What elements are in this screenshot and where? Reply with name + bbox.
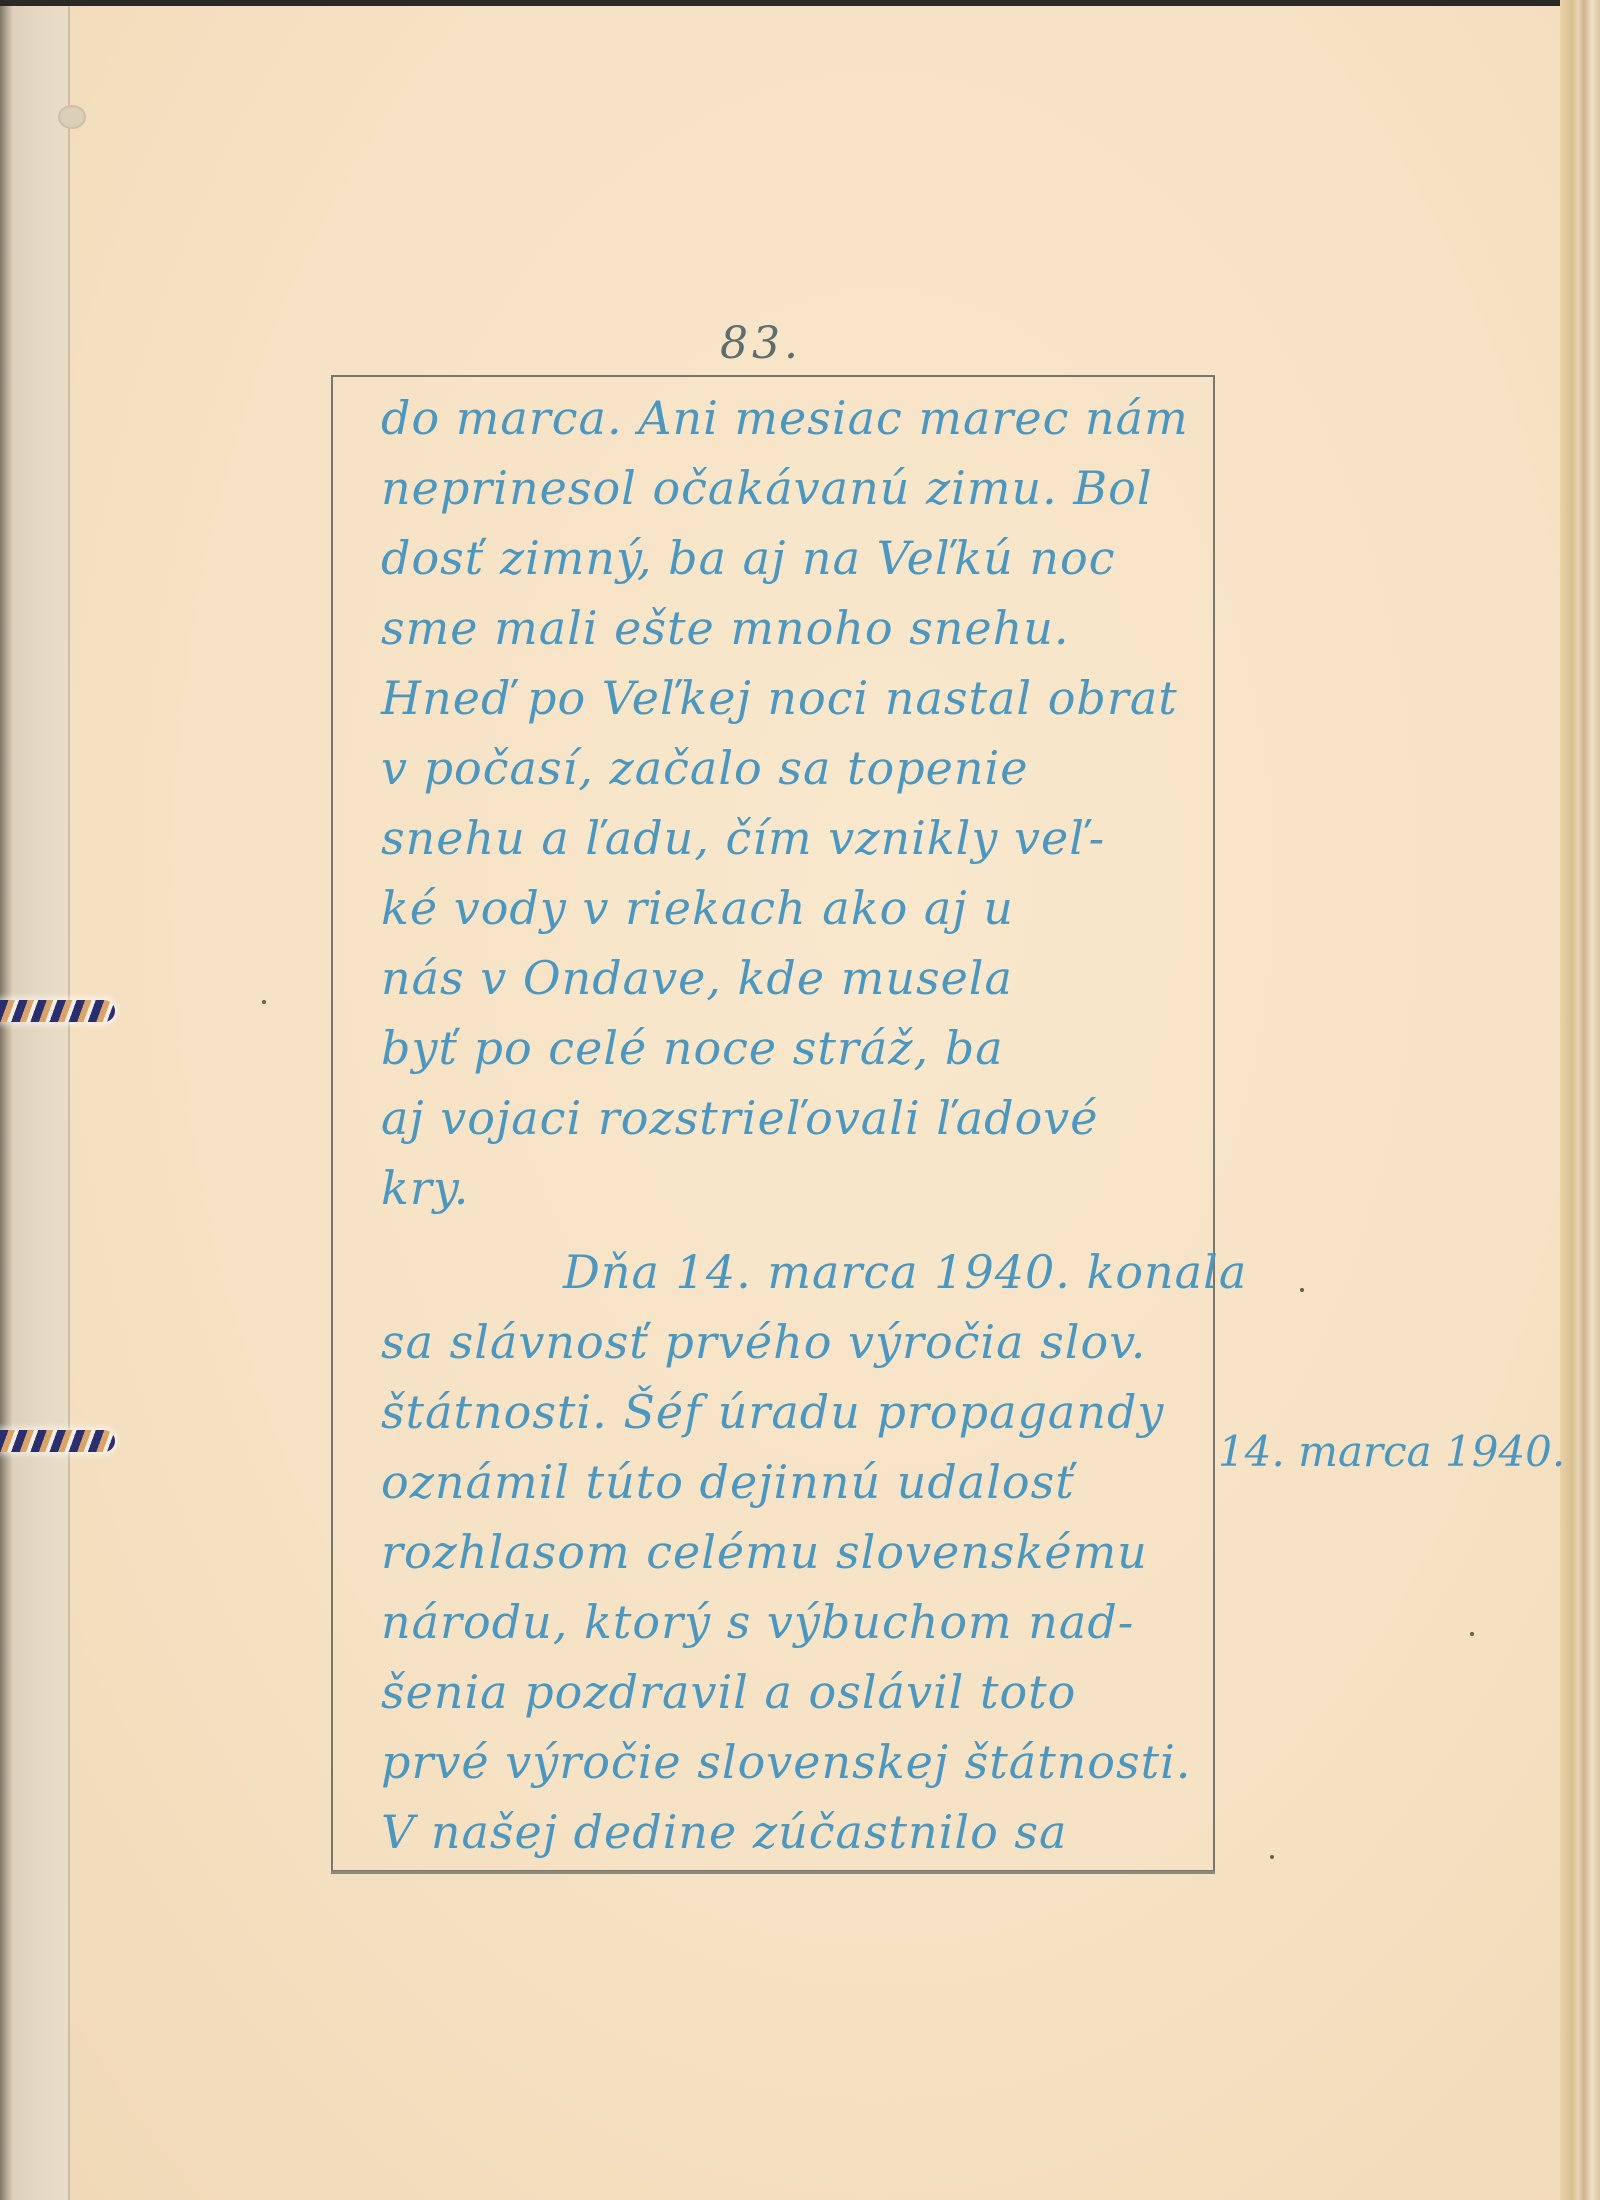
text-line: v počasí, začalo sa topenie xyxy=(381,741,1028,795)
text-line: národu, ktorý s výbuchom nad- xyxy=(381,1595,1134,1649)
binding-stitch-icon xyxy=(0,1000,115,1022)
text-line: nás v Ondave, kde musela xyxy=(381,951,1013,1005)
text-line: snehu a ľadu, čím vznikly veľ- xyxy=(381,811,1105,865)
text-line: kry. xyxy=(381,1161,469,1215)
text-line: prvé výročie slovenskej štátnosti. xyxy=(381,1735,1191,1789)
text-line: neprinesol očakávanú zimu. Bol xyxy=(381,461,1153,515)
scan-top-edge xyxy=(0,0,1600,6)
punch-hole-icon xyxy=(58,105,86,129)
text-line: V našej dedine zúčastnilo sa xyxy=(381,1805,1067,1859)
margin-date-note: 14. marca 1940. xyxy=(1218,1427,1565,1476)
text-line: štátnosti. Šéf úradu propagandy xyxy=(381,1385,1164,1439)
paragraph-start-line: Dňa 14. marca 1940. konala xyxy=(563,1245,1247,1299)
text-line: rozhlasom celému slovenskému xyxy=(381,1525,1148,1579)
text-line: Hneď po Veľkej noci nastal obrat xyxy=(381,671,1178,725)
text-line: sa slávnosť prvého výročia slov. xyxy=(381,1315,1146,1369)
text-line: ké vody v riekach ako aj u xyxy=(381,881,1014,935)
paper-speck xyxy=(1470,1632,1474,1636)
binding-stitch-icon xyxy=(0,1430,115,1452)
binding-gutter xyxy=(12,6,70,2200)
text-line: sme mali ešte mnoho snehu. xyxy=(381,601,1070,655)
text-line: oznámil túto dejinnú udalosť xyxy=(381,1455,1075,1509)
stacked-page-edges xyxy=(1560,0,1600,2200)
binding-spine-shadow xyxy=(0,6,12,2200)
text-line: šenia pozdravil a oslávil toto xyxy=(381,1665,1076,1719)
paper-speck xyxy=(262,1000,266,1004)
text-line: do marca. Ani mesiac marec nám xyxy=(381,391,1189,445)
paper-speck xyxy=(1300,1288,1304,1292)
text-frame: do marca. Ani mesiac marec nám neprineso… xyxy=(331,375,1215,1872)
page-number: 83. xyxy=(720,318,802,369)
gutter-fold-line xyxy=(68,6,70,2200)
text-line: dosť zimný, ba aj na Veľkú noc xyxy=(381,531,1116,585)
text-line: byť po celé noce stráž, ba xyxy=(381,1021,1004,1075)
notebook-page: 83. do marca. Ani mesiac marec nám nepri… xyxy=(0,0,1600,2200)
paper-speck xyxy=(1270,1855,1274,1859)
text-line: aj vojaci rozstrieľovali ľadové xyxy=(381,1091,1098,1145)
